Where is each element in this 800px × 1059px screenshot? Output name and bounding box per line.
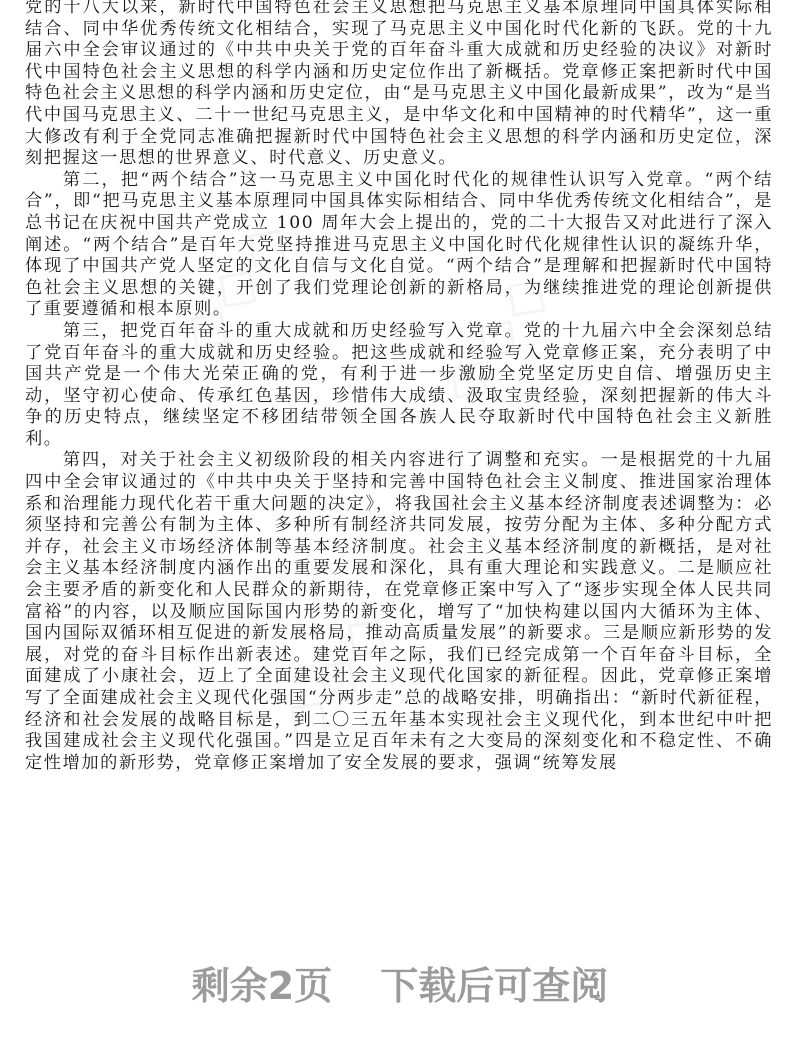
download-to-view-label: 下载后可查阅 xyxy=(380,964,608,1008)
download-prompt-banner[interactable]: 剩余2页下载后可查阅 xyxy=(0,955,800,1010)
document-page: 党的十八大以来，新时代中国特色社会主义思想把马克思主义基本原理同中国具体实际相结… xyxy=(25,0,773,774)
paragraph-third-point: 第三，把党百年奋斗的重大成就和历史经验写入党章。党的十九届六中全会深刻总结了党百… xyxy=(25,321,773,451)
paragraph-fourth-point: 第四，对关于社会主义初级阶段的相关内容进行了调整和充实。一是根据党的十九届四中全… xyxy=(25,450,773,774)
remaining-pages-label: 剩余2页 xyxy=(192,964,332,1008)
paragraph-second-point: 第二，把“两个结合”这一马克思主义中国化时代化的规律性认识写入党章。“两个结合”… xyxy=(25,170,773,321)
paragraph-intro: 党的十八大以来，新时代中国特色社会主义思想把马克思主义基本原理同中国具体实际相结… xyxy=(25,0,773,170)
